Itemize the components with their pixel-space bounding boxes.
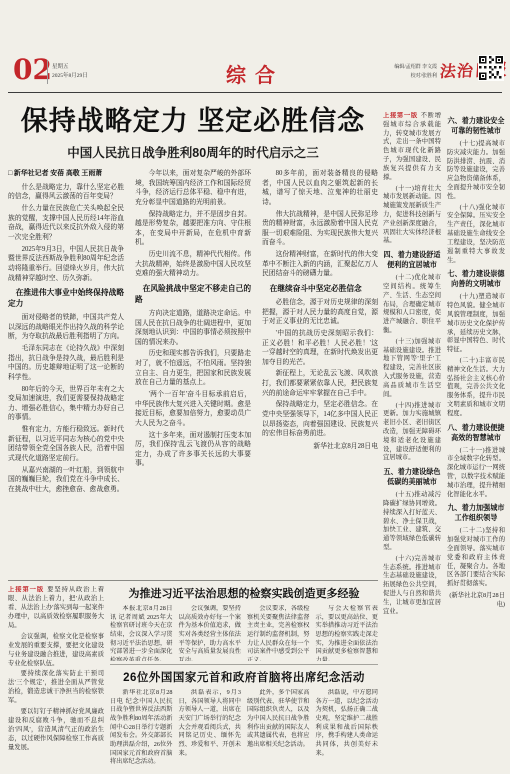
body-paragraph: 要持续深化落实防止干预司法'三个规定'，推进全面从严管党治检，锻造忠诚干净担当的… bbox=[8, 670, 104, 706]
qr-code-icon bbox=[478, 55, 504, 81]
section-subhead: 九、着力加强城市工作组织领导 bbox=[447, 504, 505, 524]
body-paragraph: 从嘉兴南湖的一叶红船，到领航中国的巍巍巨轮，我们党在斗争中成长、在挑战中壮大，愈… bbox=[8, 466, 124, 495]
bottom-section-rule bbox=[8, 580, 378, 581]
section-subhead: 在风险挑战中坚定不移走自己的路 bbox=[135, 284, 251, 306]
body-paragraph: 2025年9月3日，中国人民抗日战争暨世界反法西斯战争胜利80周年纪念活动将隆重… bbox=[8, 245, 124, 284]
article-continued-bottom-left: 上接第一版要坚持从政治上着眼、从法治上着力，把'从政治上看、从法治上办'落实到每… bbox=[8, 586, 104, 768]
body-paragraph: 今年以来，面对复杂严峻的外部环境，我国统筹国内经济工作和国际经贸斗争，经济运行总… bbox=[135, 169, 251, 208]
lead-paragraph: 上接第一版要坚持从政治上着眼、从法治上着力，把'从政治上看、从法治上办'落实到每… bbox=[8, 586, 104, 631]
procuratorate-column-2: 会议强调，要坚持以高质效办好每一个案件为基本价值追求，做实对各类经营主体依法平等… bbox=[179, 605, 242, 661]
newspaper-page: 02 星期五 2025年8月29日 综合 编辑/孟绍群 李文霞 校对/张胜利 法… bbox=[0, 0, 510, 774]
body-paragraph: 面对侵略者的铁蹄，中国共产党人以深远的战略眼光作出持久战的科学论断，为夺取抗战最… bbox=[8, 313, 124, 342]
body-paragraph: 会议要求，各级检察机关要聚焦法律监督主责主业，完善检察权运行制约监督机制，努力让… bbox=[247, 605, 310, 661]
body-paragraph: 历史和现实都告诉我们，只要路走对了，就不怕遥远，不怕风雨。坚持独立自主、自力更生… bbox=[135, 349, 251, 388]
dateline: 新华社北京8月28日电 bbox=[262, 442, 378, 452]
body-paragraph: 与会大检察官表示，要以更高站位、更实举措推动习近平法治思想的检察实践走深走实，为… bbox=[316, 605, 379, 661]
section-subhead: 在继续奋斗中坚定必胜信念 bbox=[262, 284, 378, 295]
section-subhead: 六、着力建设安全可靠的韧性城市 bbox=[447, 117, 505, 137]
procuratorate-column-4: 与会大检察官表示，要以更高站位、更实举措推动习近平法治思想的检察实践走深走实，为… bbox=[316, 605, 379, 661]
section-subhead: 七、着力建设崇德向善的文明城市 bbox=[447, 270, 505, 290]
body-paragraph: 洪磊说，中方愿同各方一道，以纪念活动为契机，弘扬正确二战史观，坚定维护二战胜利成… bbox=[316, 689, 379, 758]
article-continued-right: 上接第一版不断增强城市综合承载能力，转变城市发展方式，走出一条中国特色城市现代化… bbox=[383, 112, 505, 770]
body-paragraph: 此外，多个国家高级别代表、驻华使节和国际组织负责人，以及为中国人民抗日战争胜利作… bbox=[247, 689, 310, 750]
body-paragraph: '中国的抗战历史深刻昭示我们：正义必胜！和平必胜！人民必胜！'这一穿越时空的真理… bbox=[262, 329, 378, 368]
body-paragraph: 会议强调，检察文化是检察事业发展的重要支撑，要把文化建设与业务建设融合推进，建设… bbox=[8, 633, 104, 669]
body-paragraph: (二十二)坚持和加强党对城市工作的全面领导。落实城市党委和政府主体责任，凝聚合力… bbox=[447, 527, 505, 589]
body-paragraph: 方向决定道路，道路决定命运。中国人民在抗日战争的壮阔进程中，更加深刻地认识到：中… bbox=[135, 309, 251, 348]
right-column-2: 六、着力建设安全可靠的韧性城市(十七)提高城市防灾减灾能力。加强防洪排涝、抗震、… bbox=[447, 112, 505, 770]
byline: □ 新华社记者 安蓓 高敬 王雨萧 bbox=[8, 169, 124, 179]
procuratorate-column-1: 本报北京8月28日讯 记者周斌 2025年大检察官研讨班今天在京结束，会议深入学… bbox=[110, 605, 173, 661]
article-main: 保持战略定力 坚定必胜信念 中国人民抗日战争胜利80周年的时代启示之三 □ 新华… bbox=[8, 99, 378, 575]
commemoration-columns: 新华社北京8月28日电 纪念中国人民抗日战争暨世界反法西斯战争胜利80周年活动新… bbox=[110, 689, 378, 770]
body-paragraph: '两个一百年'奋斗目标承前启后，中华民族伟大复兴进入关键时期。愈是接近目标，愈要… bbox=[135, 390, 251, 429]
main-column-3: 80多年前，面对装备精良的侵略者，中国人民以血肉之躯筑起新的长城，谱写了惊天地、… bbox=[262, 169, 378, 575]
main-body-columns: □ 新华社记者 安蓓 高敬 王雨萧什么是战略定力，靠什么坚定必胜的信念，赢得风云… bbox=[8, 169, 378, 575]
article-commemoration: 26位外国国家元首和政府首脑将出席纪念活动 新华社北京8月28日电 纪念中国人民… bbox=[110, 669, 378, 770]
body-paragraph: (十八)强化城市安全保障。压实安全生产责任，深化城市基础设施生命线安全工程建设，… bbox=[447, 204, 505, 266]
body-paragraph: 保持战略定力，坚定必胜信念。在党中央坚强领导下，14亿多中国人民正以昂扬姿态，向… bbox=[262, 400, 378, 439]
body-paragraph: (十一)培育壮大城市发展新动能。因城施策发展新质生产力，促进科技创新与产业创新深… bbox=[383, 185, 441, 247]
body-paragraph: (十六)完善城市生态系统。推进城市生态基础设施建设，拓展绿色公共空间，促进人与自… bbox=[383, 555, 441, 617]
main-subtitle: 中国人民抗日战争胜利80周年的时代启示之三 bbox=[8, 143, 378, 161]
procuratorate-columns: 本报北京8月28日讯 记者周斌 2025年大检察官研讨班今天在京结束，会议深入学… bbox=[110, 605, 378, 661]
section-subhead: 四、着力建设舒适便利的宜居城市 bbox=[383, 251, 441, 271]
body-paragraph: 什么力量在民族危亡关头唤起全民族的觉醒，支撑中国人民历经14年浴血奋战，赢得近代… bbox=[8, 204, 124, 243]
procuratorate-column-3: 会议要求，各级检察机关要聚焦法律监督主责主业，完善检察权运行制约监督机制，努力让… bbox=[247, 605, 310, 661]
editors-line: 编辑/孟绍群 李文霞 bbox=[381, 63, 437, 72]
right-column-1: 上接第一版不断增强城市综合承载能力，转变城市发展方式，走出一条中国特色城市现代化… bbox=[383, 112, 441, 770]
body-paragraph: 洪磊表示，9月3日，各国领导人将同中方领导人一道，出席在天安门广场举行的纪念大会… bbox=[179, 689, 242, 758]
body-paragraph: (十三)加强城市基础设施建设。推进地下管网等'里子'工程建设，完善社区嵌入式服务… bbox=[383, 338, 441, 400]
body-paragraph: 这份精神财富，在新时代的伟大变革中不断注入新的内涵，汇聚起亿万人民团结奋斗的磅礴… bbox=[262, 250, 378, 279]
commemoration-headline: 26位外国国家元首和政府首脑将出席纪念活动 bbox=[110, 669, 378, 685]
body-paragraph: 毛泽东同志在《论持久战》中深刻指出，抗日战争是持久战，最后胜利是中国的。历史雄辩… bbox=[8, 344, 124, 383]
body-paragraph: 80多年前，面对装备精良的侵略者，中国人民以血肉之躯筑起新的长城，谱写了惊天地、… bbox=[262, 169, 378, 208]
section-subhead: 五、着力建设绿色低碳的美丽城市 bbox=[383, 468, 441, 488]
body-paragraph: (十四)推进城市更新。加力实施城镇老旧小区、老旧街区改造，加强无障碍环境和适老化… bbox=[383, 402, 441, 464]
body-paragraph: 保持战略定力，并不是固步自封。越是形势复杂，越要把准方向、守住根本，在变局中开新… bbox=[135, 210, 251, 249]
body-paragraph: 会议强调，要坚持以高质效办好每一个案件为基本价值追求，做实对各类经营主体依法平等… bbox=[179, 605, 242, 661]
commemoration-column-2: 洪磊表示，9月3日，各国领导人将同中方领导人一道，出席在天安门广场举行的纪念大会… bbox=[179, 689, 242, 770]
body-paragraph: 要以钉钉子精神抓好党风廉政建设和反腐败斗争，驰而不息纠治'四风'，营造风清气正的… bbox=[8, 708, 104, 753]
section-subhead: 八、着力建设便捷高效的智慧城市 bbox=[447, 424, 505, 444]
editors-block: 编辑/孟绍群 李文霞 校对/张胜利 bbox=[381, 63, 437, 81]
body-paragraph: (十五)推动减污降碳扩绿协同增效。持续深入打好蓝天、碧水、净土保卫战，加快工业、… bbox=[383, 491, 441, 553]
commemoration-column-1: 新华社北京8月28日电 纪念中国人民抗日战争暨世界反法西斯战争胜利80周年活动新… bbox=[110, 689, 173, 770]
body-paragraph: 历史川流不息，精神代代相传。伟大抗战精神，始终是激励中国人民攻坚克难的强大精神动… bbox=[135, 250, 251, 279]
body-paragraph: (十九)塑造城市特色风貌。健全城市风貌管理制度，加强城市历史文化保护传承，延续历… bbox=[447, 293, 505, 355]
body-paragraph: 什么是战略定力，靠什么坚定必胜的信念，赢得风云激荡的百年变局？ bbox=[8, 183, 124, 202]
section-subhead: 在推进伟大事业中始终保持战略定力 bbox=[8, 288, 124, 310]
procuratorate-headline: 为推进习近平法治思想的检察实践创造更多经验 bbox=[110, 585, 378, 601]
commemoration-column-4: 洪磊说，中方愿同各方一道，以纪念活动为契机，弘扬正确二战史观，坚定维护二战胜利成… bbox=[316, 689, 379, 770]
body-paragraph: 必胜信念，源于对历史规律的深刻把握，源于对人民力量的高度自觉，源于对正义事业的无… bbox=[262, 298, 378, 327]
body-paragraph: 惟有定力，方能行稳致远。新时代新征程，以习近平同志为核心的党中央团结带领全党全国… bbox=[8, 425, 124, 464]
lead-paragraph: 上接第一版不断增强城市综合承载能力，转变城市发展方式，走出一条中国特色城市现代化… bbox=[383, 112, 441, 183]
body-paragraph: 新征程上，无论乱云飞渡、风吹浪打，我们都要紧紧依靠人民，把民族复兴的前途命运牢牢… bbox=[262, 369, 378, 398]
article-procuratorate: 为推进习近平法治思想的检察实践创造更多经验 本报北京8月28日讯 记者周斌 20… bbox=[110, 585, 378, 661]
dateline: (新华社北京8月28日电) bbox=[447, 592, 505, 610]
body-paragraph: 新华社北京8月28日电 纪念中国人民抗日战争暨世界反法西斯战争胜利80周年活动新… bbox=[110, 689, 173, 767]
continued-from-page1-label: 上接第一版 bbox=[383, 112, 418, 119]
body-paragraph: (十二)优化城市空间结构。统筹生产、生活、生态空间布局，合理确定城市规模和人口密… bbox=[383, 274, 441, 336]
body-paragraph: 伟大抗战精神，是中国人民弥足珍贵的精神财富，永远激励着中国人民克服一切艰难险阻、… bbox=[262, 210, 378, 249]
main-column-1: □ 新华社记者 安蓓 高敬 王雨萧什么是战略定力，靠什么坚定必胜的信念，赢得风云… bbox=[8, 169, 124, 575]
header-rule bbox=[8, 92, 502, 93]
body-paragraph: 80年后的今天，世界百年未有之大变局加速演进，我们更需要保持战略定力、增强必胜信… bbox=[8, 385, 124, 424]
body-paragraph: (二十一)推进城市全域数字化转型。深化城市运行'一网统管'，以数字技术赋能城市治… bbox=[447, 447, 505, 500]
body-paragraph: (十七)提高城市防灾减灾能力。加强防洪排涝、抗震、消防等设施建设，完善应急物资储… bbox=[447, 140, 505, 202]
main-column-2: 今年以来，面对复杂严峻的外部环境，我国统筹国内经济工作和国际经贸斗争，经济运行总… bbox=[135, 169, 251, 575]
body-paragraph: (二十)丰富市民精神文化生活。大力弘扬社会主义核心价值观，完善公共文化服务体系，… bbox=[447, 357, 505, 419]
bottom-article-rule bbox=[110, 664, 378, 665]
body-paragraph: 本报北京8月28日讯 记者周斌 2025年大检察官研讨班今天在京结束，会议深入学… bbox=[110, 605, 173, 661]
proofreader-line: 校对/张胜利 bbox=[381, 72, 437, 81]
commemoration-column-3: 此外，多个国家高级别代表、驻华使节和国际组织负责人，以及为中国人民抗日战争胜利作… bbox=[247, 689, 310, 770]
body-paragraph: 这十多年来，面对遏制打压变本加厉，我们保持'乱云飞渡仍从容'的战略定力，办成了许… bbox=[135, 431, 251, 470]
continued-from-page1-label: 上接第一版 bbox=[8, 586, 44, 593]
main-headline: 保持战略定力 坚定必胜信念 bbox=[8, 99, 378, 138]
